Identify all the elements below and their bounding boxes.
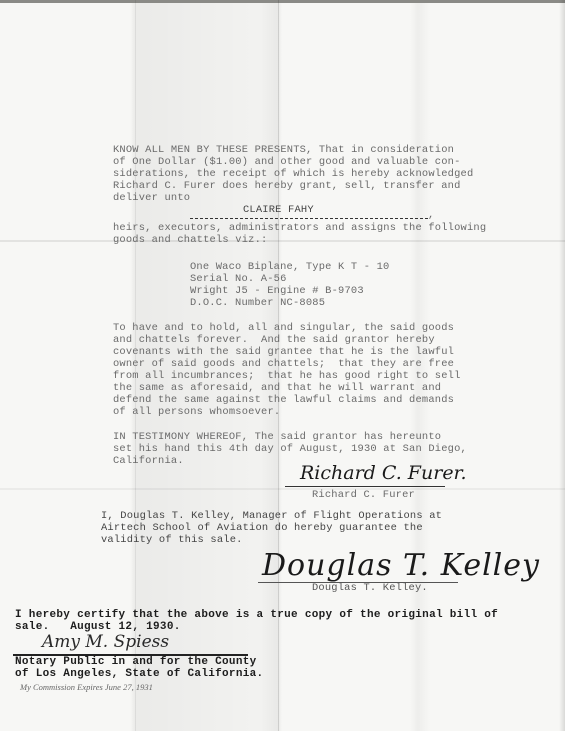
page-top-edge (0, 0, 565, 3)
document-page: KNOW ALL MEN BY THESE PRESENTS, That in … (0, 0, 565, 731)
item-line: One Waco Biplane, Type K T - 10 (190, 261, 390, 273)
grantee-underline (190, 218, 428, 219)
guarantor-signature: Douglas T. Kelley (262, 548, 540, 583)
grantor-typed-name: Richard C. Furer (312, 489, 415, 501)
preamble-line: deliver unto (113, 192, 190, 204)
preamble-line: KNOW ALL MEN BY THESE PRESENTS, That in … (113, 144, 454, 156)
habendum-line: the same as aforesaid, and that he will … (113, 382, 441, 394)
fold-crease-horizontal (0, 240, 565, 242)
preamble-line: of One Dollar ($1.00) and other good and… (113, 156, 461, 168)
guarantee-line: I, Douglas T. Kelley, Manager of Flight … (101, 510, 442, 522)
item-line: D.O.C. Number NC-8085 (190, 297, 325, 309)
fold-crease-horizontal (0, 488, 565, 490)
habendum-line: and chattels forever. And the said grant… (113, 334, 435, 346)
habendum-line: covenants with the said grantee that he … (113, 346, 454, 358)
item-line: Serial No. A-56 (190, 273, 287, 285)
grantee-name: CLAIRE FAHY (243, 204, 314, 216)
certification-line: I hereby certify that the above is a tru… (15, 609, 498, 621)
page-right-edge (559, 0, 565, 731)
habendum-line: defend the same against the lawful claim… (113, 394, 454, 406)
habendum-line: owner of said goods and chattels; that t… (113, 358, 454, 370)
habendum-line: of all persons whomsoever. (113, 406, 280, 418)
notary-signature: Amy M. Spiess (42, 632, 169, 652)
guarantee-line: validity of this sale. (101, 534, 243, 546)
preamble-line: Richard C. Furer does hereby grant, sell… (113, 180, 461, 192)
guarantee-line: Airtech School of Aviation do hereby gua… (101, 522, 423, 534)
notary-line: of Los Angeles, State of California. (15, 668, 263, 680)
guarantor-typed-name: Douglas T. Kelley. (312, 582, 428, 594)
testimony-line: California. (113, 455, 184, 467)
heirs-line: goods and chattels viz.: (113, 234, 267, 246)
heirs-line: heirs, executors, administrators and ass… (113, 222, 486, 234)
grantor-signature-line (285, 486, 445, 487)
testimony-line: set his hand this 4th day of August, 193… (113, 443, 467, 455)
item-line: Wright J5 - Engine # B-9703 (190, 285, 364, 297)
testimony-line: IN TESTIMONY WHEREOF, The said grantor h… (113, 431, 441, 443)
notary-line: Notary Public in and for the County (15, 656, 257, 668)
preamble-line: siderations, the receipt of which is her… (113, 168, 473, 180)
grantee-trailing-comma: , (428, 209, 434, 221)
commission-stamp: My Commission Expires June 27, 1931 (20, 682, 153, 692)
habendum-line: To have and to hold, all and singular, t… (113, 322, 454, 334)
habendum-line: from all incumbrances; that he has good … (113, 370, 461, 382)
grantor-signature: Richard C. Furer. (300, 462, 467, 484)
